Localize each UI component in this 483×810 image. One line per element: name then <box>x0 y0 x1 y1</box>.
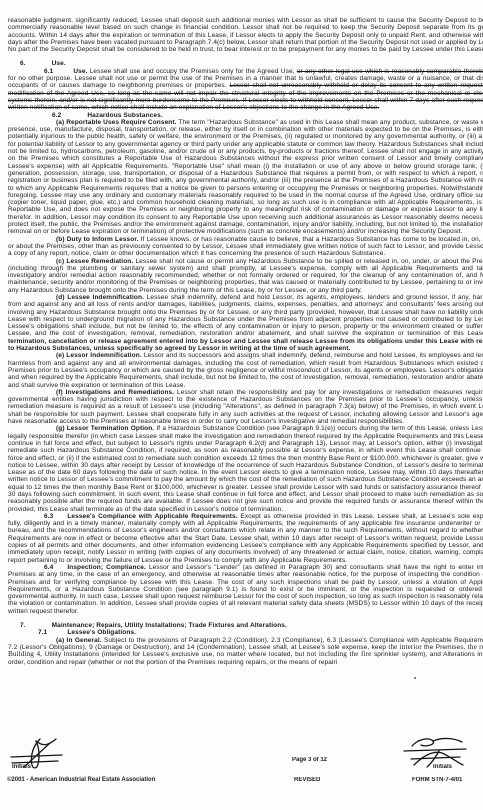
copyright-line: ©2001 - American Industrial Real Estate … <box>7 777 155 783</box>
section-number: 7.1 <box>38 629 47 636</box>
clause-lead: (b) Duty to Inform Lessor. <box>56 236 139 243</box>
clause-lead: (g) Lessor Termination Option. <box>56 425 154 432</box>
body-text: The term "Hazardous Substance" as used i… <box>8 119 483 235</box>
section-number: 6.4 <box>44 564 53 571</box>
clause-lead: (e) Lessor Indemnification. <box>56 352 142 359</box>
clause-lead: (d) Lessee Indemnification. <box>56 294 144 301</box>
heading-section-7-1: 7.1Lessee's Obligations. <box>8 629 483 636</box>
body-text: Lessee shall use and occupy the Premises… <box>90 68 295 75</box>
clause-lead: Use. <box>73 68 87 75</box>
heading-section-6-2: 6.2Hazardous Substances. <box>8 112 483 119</box>
body-text: the Premises, <box>424 644 465 651</box>
clause-lead: Inspection; Compliance. <box>67 564 146 571</box>
section-number: 6.1 <box>44 68 53 75</box>
form-number: FORM STN-7-4/01 <box>412 777 462 783</box>
body-text: Lessee shall indemnify, defend and hold … <box>8 294 483 337</box>
body-text: Utility Installations (intended for Less… <box>45 651 305 658</box>
typed-insertion: not including the fire <box>307 650 372 658</box>
body-text: If a Hazardous Substance Condition (see … <box>8 425 483 512</box>
paragraph-6-2b-duty-to-inform: (b) Duty to Inform Lessor. If Lessee kno… <box>8 236 483 258</box>
clause-lead: (f) Investigations and Remediations. <box>56 389 174 396</box>
section-title: Lessee's Obligations. <box>67 629 136 636</box>
section-number: 6.2 <box>52 112 61 119</box>
revised-label: REVISED <box>294 777 320 783</box>
paragraph-security-deposit-continuation: reasonable judgment, significantly reduc… <box>8 17 483 53</box>
section-number: 7. <box>20 622 26 629</box>
heading-section-6: 6.Use. <box>8 60 483 67</box>
paragraph-6-2d-lessee-indemnification: (d) Lessee Indemnification. Lessee shall… <box>8 294 483 352</box>
initials-label-left: Initials <box>12 764 31 770</box>
paragraph-6-2e-lessor-indemnification: (e) Lessor Indemnification. Lessor and i… <box>8 352 483 388</box>
section-title: Hazardous Substances. <box>87 112 162 119</box>
section-title: Use. <box>52 60 66 67</box>
paragraph-6-2c-lessee-remediation: (c) Lessee Remediation. Lessee shall not… <box>8 258 483 294</box>
heading-section-7: 7.Maintenance; Repairs, Utility Installa… <box>8 622 483 629</box>
paragraph-7-1a-in-general: (a) In General. Subject to the provision… <box>8 637 483 666</box>
section-title: Maintenance; Repairs, Utility Installati… <box>52 622 287 629</box>
document-text-column: reasonable judgment, significantly reduc… <box>8 17 483 666</box>
lease-document-page: reasonable judgment, significantly reduc… <box>0 0 483 810</box>
clause-lead: (a) Reportable Uses Require Consent. <box>56 119 177 126</box>
paragraph-6-2a-reportable-uses: (a) Reportable Uses Require Consent. The… <box>8 119 483 236</box>
body-text: Except as otherwise provided in this Lea… <box>8 513 483 564</box>
paragraph-6-4-inspection: 6.4Inspection; Compliance. Lessor and Le… <box>8 564 483 615</box>
paragraph-6-2g-termination-option: (g) Lessor Termination Option. If a Haza… <box>8 425 483 513</box>
initials-label-right: Initials <box>433 764 452 770</box>
scan-artifact-dot <box>414 677 416 679</box>
paragraph-6-3-compliance: 6.3Lessee's Compliance with Applicable R… <box>8 513 483 564</box>
section-number: 6.3 <box>44 513 53 520</box>
clause-lead: (a) In General. <box>56 637 102 644</box>
clause-lead: (c) Lessee Remediation. <box>56 258 133 265</box>
struck-text: or any other legal use which is reasonab… <box>297 68 483 75</box>
body-text: Lessor and Lessor's "Lender" (as defined… <box>8 564 483 615</box>
paragraph-6-2f-investigations: (f) Investigations and Remediations. Les… <box>8 389 483 425</box>
typed-insertion: the interior <box>388 643 421 651</box>
clause-lead: Lessee's Compliance with Applicable Requ… <box>67 513 237 520</box>
paragraph-6-1-use: 6.1Use. Lessee shall use and occupy the … <box>8 68 483 112</box>
page-number: Page 3 of 12 <box>292 757 327 763</box>
section-number: 6. <box>20 60 26 67</box>
body-text: reasonable judgment, significantly reduc… <box>8 17 483 53</box>
